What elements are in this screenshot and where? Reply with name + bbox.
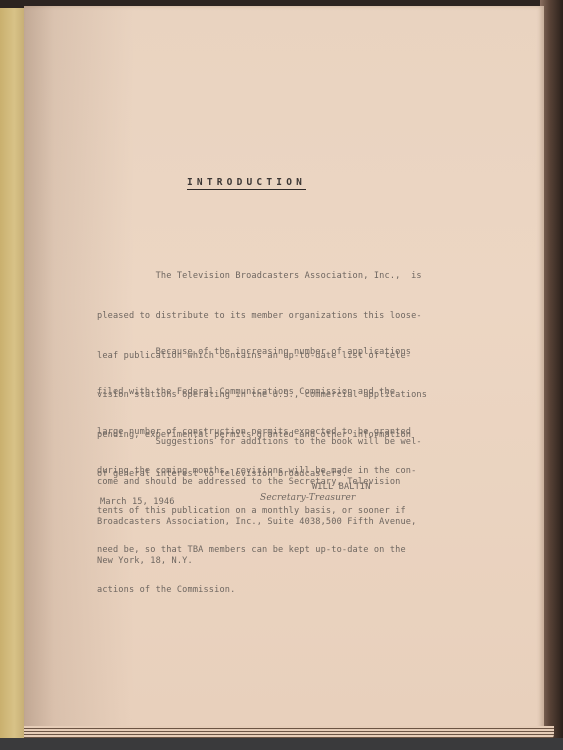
text-line: Because of the increasing number of appl… bbox=[97, 346, 416, 359]
text-line: come and should be addressed to the Secr… bbox=[97, 476, 422, 489]
text-line: New York, 18, N.Y. bbox=[97, 555, 422, 568]
page-title: INTRODUCTION bbox=[187, 177, 306, 190]
signature-title: Secretary-Treasurer bbox=[260, 492, 355, 505]
binder-left-edge bbox=[0, 8, 26, 738]
bottom-surface bbox=[0, 738, 563, 750]
text-line: Broadcasters Association, Inc., Suite 40… bbox=[97, 516, 422, 529]
document-date: March 15, 1946 bbox=[100, 496, 175, 509]
text-line: Suggestions for additions to the book wi… bbox=[97, 436, 422, 449]
text-line: filed with the Federal Communications Co… bbox=[97, 386, 416, 399]
scanned-page-scene: INTRODUCTION The Television Broadcasters… bbox=[0, 0, 563, 750]
text-line: The Television Broadcasters Association,… bbox=[97, 270, 427, 283]
